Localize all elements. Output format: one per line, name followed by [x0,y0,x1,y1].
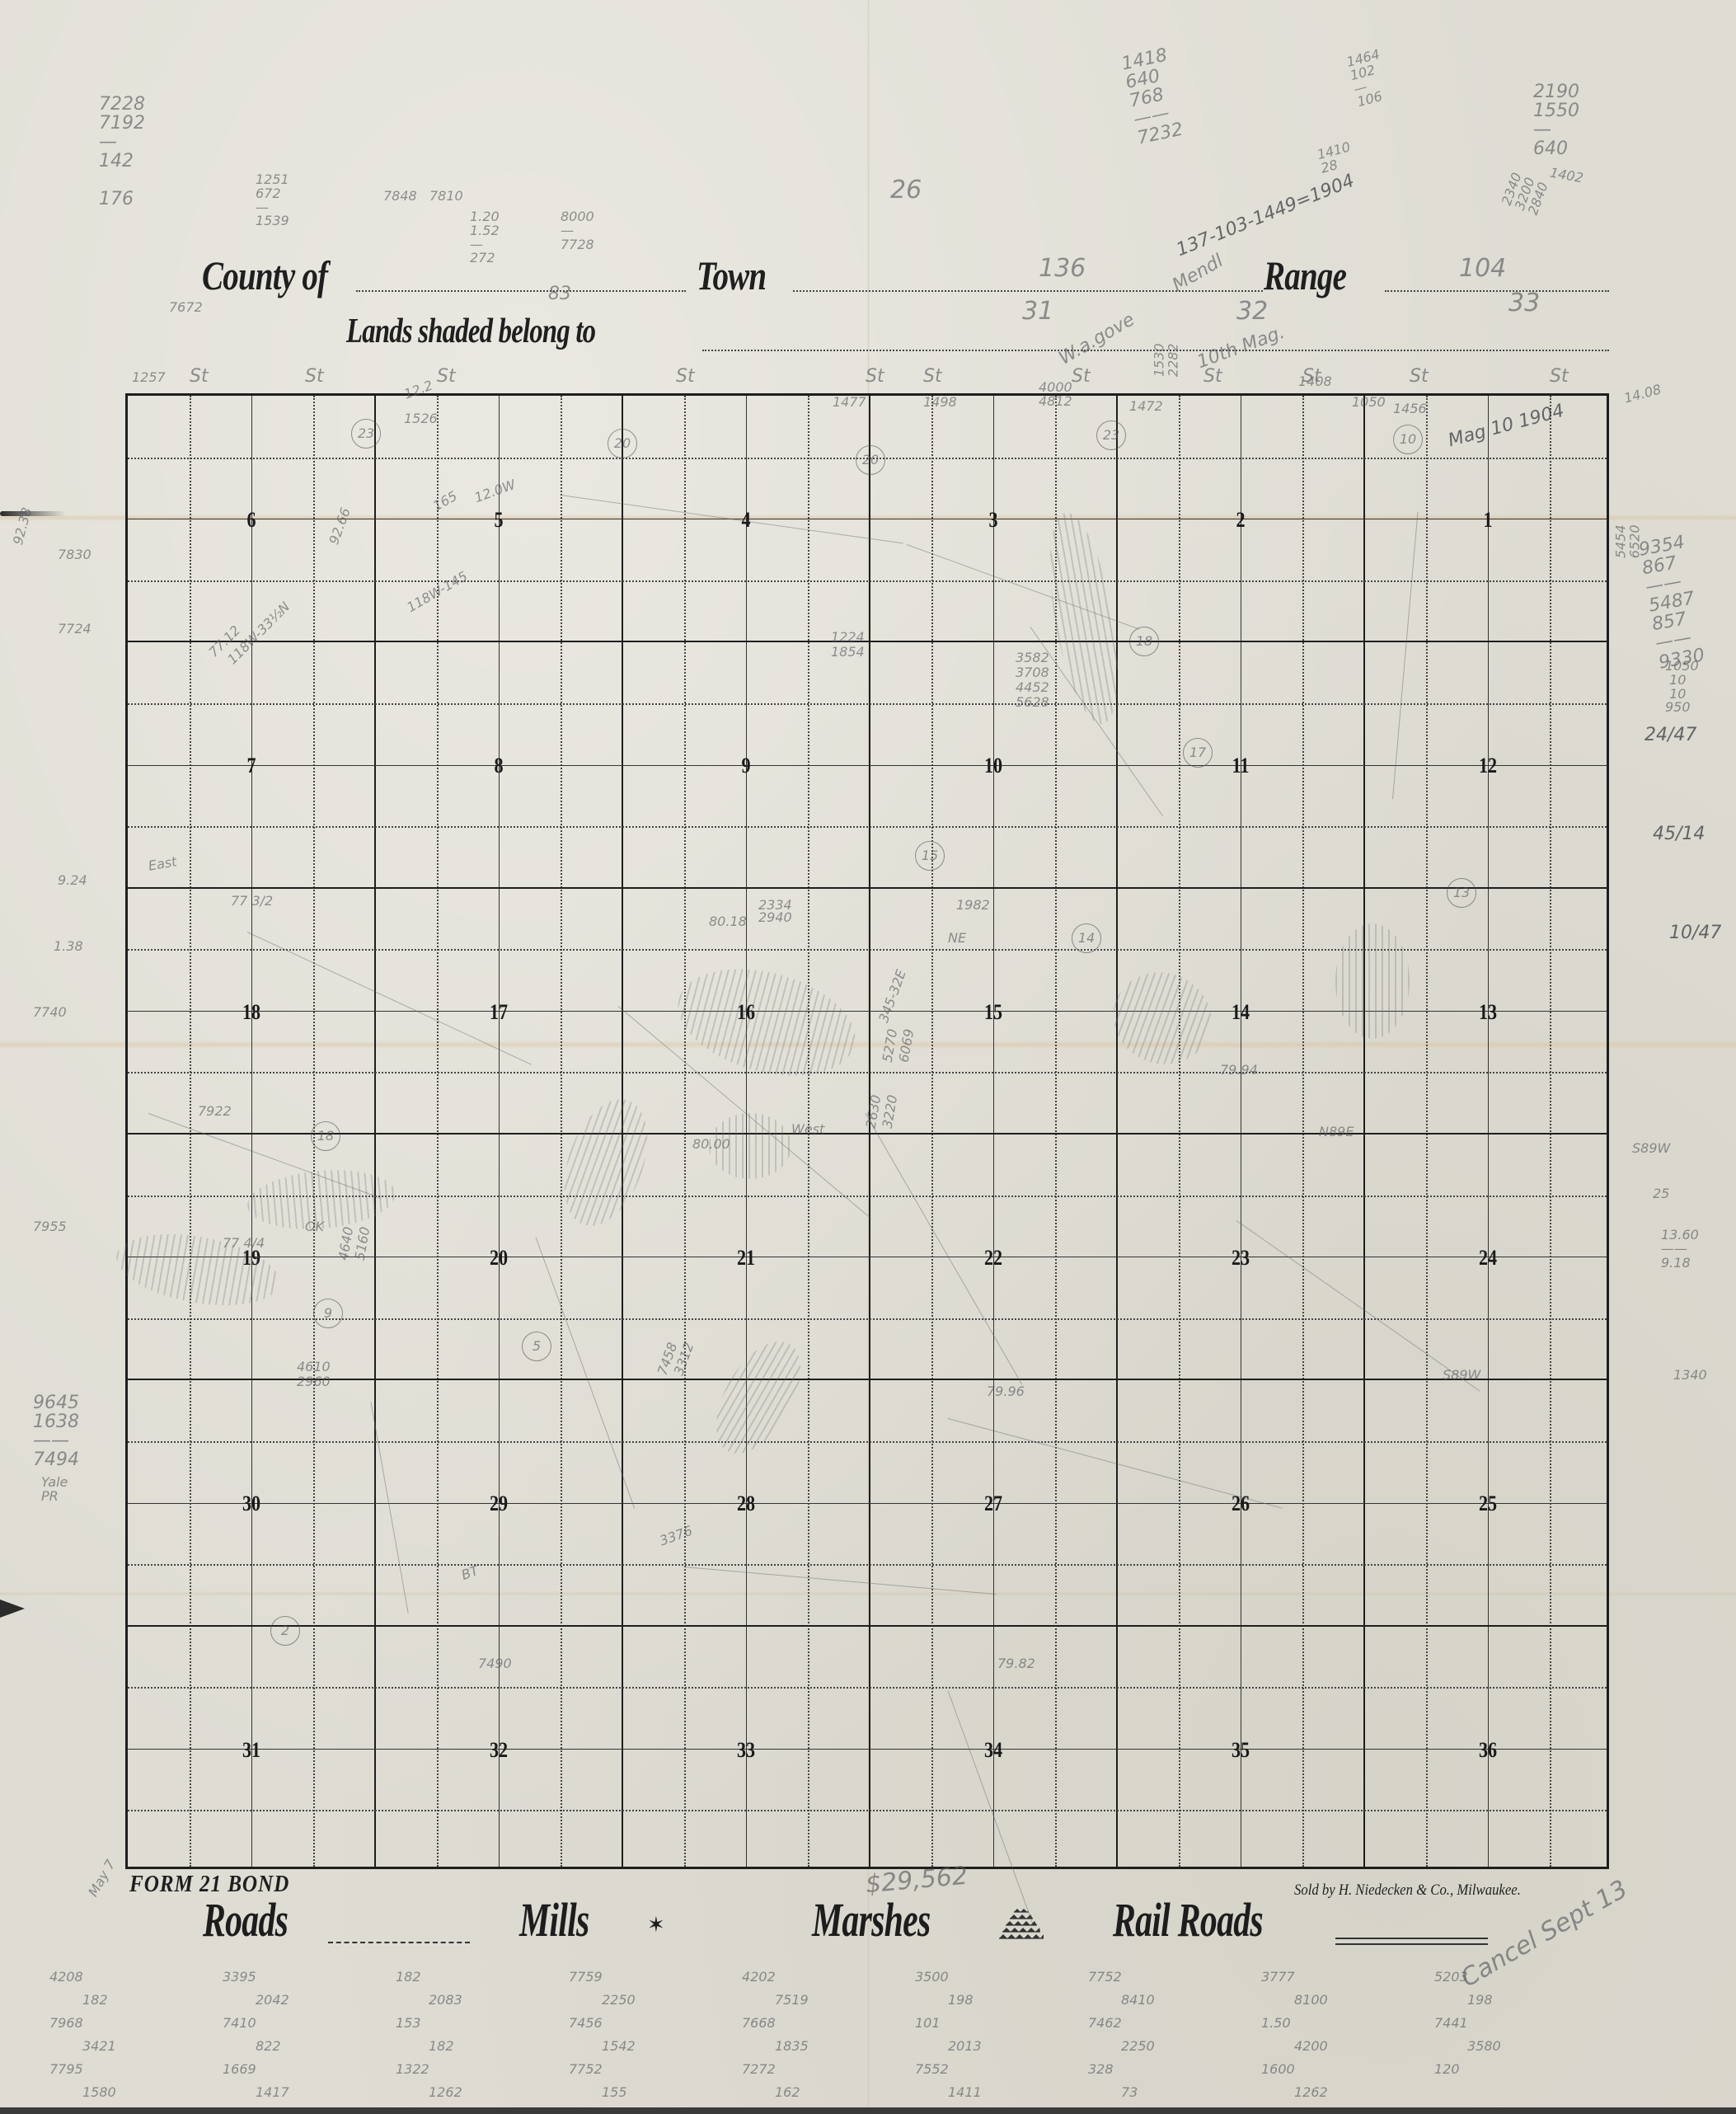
pencil-note: 328 [1088,2063,1114,2077]
section-number: 28 [734,1492,757,1516]
section-number: 2 [1234,508,1247,533]
pencil-note: 13.60 —— 9.18 [1661,1228,1699,1270]
pencil-note: 1498 [923,396,957,410]
section-26[interactable]: 26 [1117,1379,1364,1625]
pencil-note: 73 [1121,2086,1138,2100]
pencil-note: 79.94 [1220,1064,1258,1078]
pencil-note: 198 [1467,1994,1493,2008]
pencil-note: 1408 [1298,375,1332,389]
pencil-note: 1456 [1393,402,1427,416]
pencil-note: Yale PR [41,1476,68,1504]
pencil-note: 7456 [569,2017,603,2031]
pencil-note: 80.18 [709,915,747,929]
legend-roads: Roads [203,1896,321,1944]
pencil-note: 101 [915,2017,941,2031]
section-number: 21 [734,1246,757,1271]
section-22[interactable]: 22 [870,1134,1117,1379]
section-number: 31 [240,1738,262,1763]
section-number: 15 [982,1000,1004,1025]
town-label: Town [697,251,766,299]
pencil-note: 4202 [742,1971,776,1985]
railroad-symbol-icon [1335,1938,1488,1945]
pencil-note: 1262 [429,2086,462,2100]
section-number: 14 [1229,1000,1251,1025]
legend-mills: Mills [519,1896,617,1944]
pencil-note: 7752 [569,2063,603,2077]
circled-mark: 20 [856,445,885,475]
pencil-note: 7672 [169,301,203,315]
pencil-note: 182 [82,1994,108,2008]
section-number: 30 [240,1492,262,1516]
legend-marshes-label: Marshes [812,1896,930,1944]
pencil-note: 7752 [1088,1971,1122,1985]
pencil-note: 3777 [1261,1971,1295,1985]
pencil-note: 104 [1459,256,1506,282]
section-17[interactable]: 17 [375,888,622,1134]
pencil-note: 9645 1638 —— 7494 [33,1393,79,1469]
section-29[interactable]: 29 [375,1379,622,1625]
pencil-note: St [923,367,942,386]
pencil-note: 1.38 [54,940,83,954]
section-number: 33 [734,1738,757,1763]
section-7[interactable]: 7 [128,641,375,887]
pencil-note: St [1203,367,1222,386]
pencil-note: 7848 7810 [383,190,463,204]
pencil-note: 1669 [223,2063,256,2077]
pencil-note: 7272 [742,2063,776,2077]
pencil-note: 1.20 1.52 — 272 [470,210,500,265]
section-number: 10 [982,754,1004,778]
pencil-note: 162 [775,2086,800,2100]
mill-star-icon: ✶ [647,1913,665,1938]
section-number: 7 [245,754,258,778]
pencil-note: 7759 [569,1971,603,1985]
pencil-note: S89W [1632,1142,1670,1156]
pencil-note: 3421 [82,2040,116,2054]
pencil-note: 8100 [1294,1994,1328,2008]
pencil-note: 7922 [198,1105,232,1119]
section-2[interactable]: 2 [1117,396,1364,641]
section-number: 12 [1476,754,1499,778]
pencil-note: 1417 [256,2086,289,2100]
pencil-note: 26 [890,177,922,204]
circled-mark: 23 [1096,420,1126,450]
circled-mark: 18 [311,1121,340,1151]
pencil-note: 9.24 [58,874,87,888]
legend-railroads: Rail Roads [1113,1896,1321,1944]
circled-mark: 10 [1393,425,1423,454]
pencil-note: 1472 [1129,400,1163,414]
section-11[interactable]: 11 [1117,641,1364,887]
circled-mark: 23 [351,419,381,449]
pencil-note: 1257 [132,371,166,385]
pencil-note: 8000 — 7728 [561,210,594,251]
pencil-note: St [305,367,324,386]
pencil-note: 1224 [831,631,865,645]
pencil-note: 31 [1022,298,1053,325]
pencil-note: St [1410,367,1429,386]
section-9[interactable]: 9 [622,641,870,887]
pencil-note: 182 [396,1971,421,1985]
pencil-note: 2960 [297,1375,331,1389]
pencil-note: 7441 [1434,2017,1468,2031]
pencil-note: 198 [948,1994,974,2008]
pencil-note: 77 3/2 [231,895,273,909]
section-number: 1 [1481,508,1494,533]
section-27[interactable]: 27 [870,1379,1117,1625]
section-33[interactable]: 33 [622,1626,870,1872]
section-number: 23 [1229,1246,1251,1271]
pencil-note: 83 [548,284,571,303]
section-23[interactable]: 23 [1117,1134,1364,1379]
pencil-note: 1322 [396,2063,429,2077]
range-label: Range [1264,251,1346,299]
pencil-note: 10/47 [1669,923,1721,942]
pencil-note: 79.96 [987,1385,1025,1399]
circled-mark: 5 [522,1332,551,1361]
legend-marshes: Marshes [812,1896,976,1944]
pencil-note: 33 [1508,290,1540,317]
section-number: 18 [240,1000,262,1025]
pencil-note: N89E [1319,1125,1354,1139]
pencil-note: 7724 [58,622,91,637]
pencil-note: 1982 [956,899,990,913]
pencil-note: 79.82 [997,1657,1035,1671]
pencil-note: 2190 1550 — 640 [1533,82,1579,158]
circled-mark: 20 [608,429,637,458]
roads-symbol-icon [328,1942,470,1943]
pencil-note: St [676,367,695,386]
marsh-hatch-icon [997,1907,1045,1943]
pencil-note: 1580 [82,2086,116,2100]
pencil-note: 45/14 [1653,824,1705,843]
pencil-note: 8410 [1121,1994,1155,2008]
township-section-grid: 6543217891011121817161514131920212223243… [125,393,1609,1869]
county-label: County of [202,251,327,299]
section-number: 13 [1476,1000,1499,1025]
pencil-note: S89W [1443,1369,1480,1383]
pencil-note: 2083 [429,1994,462,2008]
pencil-note: 1530 2282 [1153,343,1181,377]
pencil-note: 120 [1434,2063,1460,2077]
pencil-note: 7830 [58,548,91,562]
section-number: 25 [1476,1492,1499,1516]
pencil-note: 2042 [256,1994,289,2008]
section-number: 24 [1476,1246,1499,1271]
pencil-note: 4610 [297,1360,331,1374]
section-number: 22 [982,1246,1004,1271]
section-number: 6 [245,508,258,533]
hill-hachure [1335,923,1410,1039]
section-number: 34 [982,1738,1004,1763]
pencil-note: 136 [1039,256,1086,282]
section-number: 36 [1476,1738,1499,1763]
pencil-note: 3708 [1016,666,1049,680]
pencil-note: 1854 [831,646,865,660]
section-number: 17 [487,1000,509,1025]
pencil-note: 1835 [775,2040,809,2054]
section-34[interactable]: 34 [870,1626,1117,1872]
pencil-note: 2250 [1121,2040,1155,2054]
pencil-note: West [791,1123,824,1137]
circled-mark: 17 [1183,738,1213,768]
hill-hachure [709,1113,791,1179]
scan-edge [0,2107,1736,2114]
pencil-note: 7795 [49,2063,83,2077]
pencil-note: 1050 [1352,396,1386,410]
pencil-note: 2940 [758,911,792,925]
publisher-imprint: Sold by H. Niedecken & Co., Milwaukee. [1294,1881,1521,1900]
pencil-note: 3582 [1016,651,1049,665]
section-number: 5 [492,508,505,533]
section-number: 32 [487,1738,509,1763]
pencil-note: 182 [429,2040,454,2054]
pencil-note: 1477 [833,396,866,410]
pencil-note: 32 [1236,298,1268,325]
pencil-note: 7668 [742,2017,776,2031]
section-number: 26 [1229,1492,1251,1516]
pencil-note: 2013 [948,2040,982,2054]
pencil-note: 1262 [1294,2086,1328,2100]
section-25[interactable]: 25 [1364,1379,1612,1625]
legend-roads-label: Roads [203,1896,288,1944]
pencil-note: 5628 [1016,696,1049,710]
circled-mark: 13 [1447,878,1476,908]
pencil-note: 155 [602,2086,627,2100]
county-field[interactable] [356,290,686,292]
circled-mark: 14 [1072,923,1101,953]
pencil-note: 7410 [223,2017,256,2031]
pencil-note: St [1550,367,1569,386]
pencil-note: 7228 7192 — 142 176 [99,95,145,209]
pencil-note: 7519 [775,1994,809,2008]
pencil-note: 7552 [915,2063,949,2077]
pencil-note: 7490 [478,1657,512,1671]
pencil-note: St [190,367,209,386]
section-18[interactable]: 18 [128,888,375,1134]
lands-shaded-label: Lands shaded belong to [346,312,595,351]
legend-railroads-label: Rail Roads [1113,1896,1263,1944]
section-24[interactable]: 24 [1364,1134,1612,1379]
pencil-note: 1.50 [1261,2017,1291,2031]
section-number: 3 [987,508,1000,533]
pencil-note: 25 [1653,1187,1669,1201]
section-31[interactable]: 31 [128,1626,375,1872]
pencil-note: 1251 672 — 1539 [256,173,289,228]
section-number: 29 [487,1492,509,1516]
section-number: 11 [1230,754,1251,778]
legend-mills-label: Mills [519,1896,589,1944]
circled-mark: 9 [313,1299,343,1328]
pencil-note: 1411 [948,2086,982,2100]
pencil-note: 1340 [1673,1369,1707,1383]
pencil-note: 7968 [49,2017,83,2031]
pencil-note: 4000 4812 [1039,381,1072,409]
pencil-note: St [866,367,884,386]
range-field[interactable] [1385,290,1609,292]
pencil-note: 153 [396,2017,421,2031]
town-field[interactable] [793,290,1263,292]
section-number: 27 [982,1492,1004,1516]
section-35[interactable]: 35 [1117,1626,1364,1872]
section-12[interactable]: 12 [1364,641,1612,887]
circled-mark: 15 [915,841,945,871]
pencil-note: 1600 [1261,2063,1295,2077]
pencil-note: 3500 [915,1971,949,1985]
circled-mark: 18 [1129,627,1159,656]
pencil-note: 1542 [602,2040,636,2054]
pencil-note: St [437,367,456,386]
pencil-note: 3580 [1467,2040,1501,2054]
circled-mark: 2 [270,1616,300,1646]
pencil-note: NE [948,932,966,946]
pencil-note: 4208 [49,1971,83,1985]
pencil-note: St [1072,367,1091,386]
section-number: 8 [492,754,505,778]
section-30[interactable]: 30 [128,1379,375,1625]
pencil-note: 822 [256,2040,281,2054]
section-8[interactable]: 8 [375,641,622,887]
section-36[interactable]: 36 [1364,1626,1612,1872]
section-number: 35 [1229,1738,1251,1763]
pencil-note: 1050 10 10 950 [1665,660,1699,715]
section-number: 20 [487,1246,509,1271]
section-number: 9 [739,754,753,778]
pencil-note: 7740 [33,1006,67,1020]
section-4[interactable]: 4 [622,396,870,641]
pencil-note: 4452 [1016,681,1049,695]
pencil-note: 3395 [223,1971,256,1985]
pencil-note: 2250 [602,1994,636,2008]
pencil-note: 7955 [33,1220,67,1234]
pencil-note: 7462 [1088,2017,1122,2031]
pencil-note: 1526 [404,412,438,426]
pencil-note: 4200 [1294,2040,1328,2054]
pencil-note: 24/47 [1645,726,1696,745]
